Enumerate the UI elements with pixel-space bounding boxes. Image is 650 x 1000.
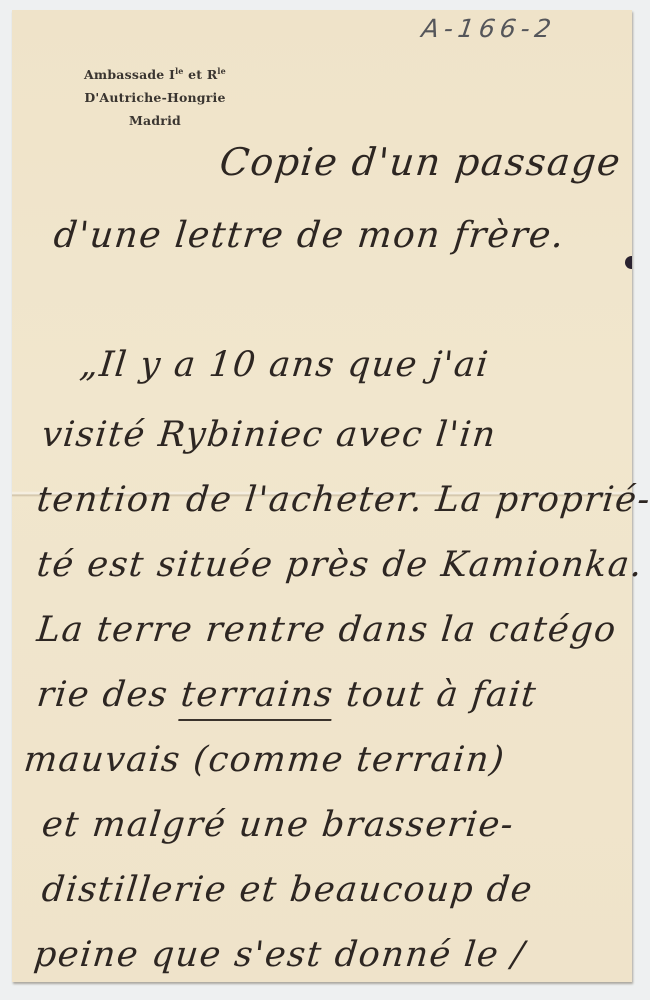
title-line-1: Copie d'un passage	[218, 140, 624, 184]
body-line-3: tention de l'acheter. La proprié-	[35, 480, 650, 520]
body-line-5: La terre rentre dans la catégo	[35, 610, 619, 650]
body-line-2: visité Rybiniec avec l'in	[40, 415, 499, 455]
body-line-6: rie des terrains tout à fait	[35, 675, 539, 715]
archive-reference-number: A-166-2	[420, 14, 558, 43]
ink-blot-mark	[625, 256, 632, 269]
body-line-6-start: rie des	[35, 675, 171, 715]
body-line-6-end: tout à fait	[344, 675, 539, 715]
letterhead-line-embassy: Ambassade Ile et Rle	[70, 60, 240, 86]
underlined-word-terrains: terrains	[178, 675, 336, 721]
body-line-8: et malgré une brasserie-	[40, 805, 516, 845]
letterhead-line-city: Madrid	[70, 109, 240, 132]
letterhead-line-country: D'Autriche-Hongrie	[70, 86, 240, 109]
body-line-9: distillerie et beaucoup de	[40, 870, 535, 910]
letter-page: Ambassade Ile et Rle D'Autriche-Hongrie …	[12, 10, 632, 982]
body-line-7: mauvais (comme terrain)	[22, 740, 507, 780]
body-line-4: té est située près de Kamionka.	[35, 545, 645, 585]
title-line-2: d'une lettre de mon frère.	[52, 215, 567, 256]
body-line-10: peine que s'est donné le /	[32, 935, 527, 975]
embassy-letterhead: Ambassade Ile et Rle D'Autriche-Hongrie …	[70, 60, 240, 132]
body-line-1: „Il y a 10 ans que j'ai	[78, 345, 491, 385]
